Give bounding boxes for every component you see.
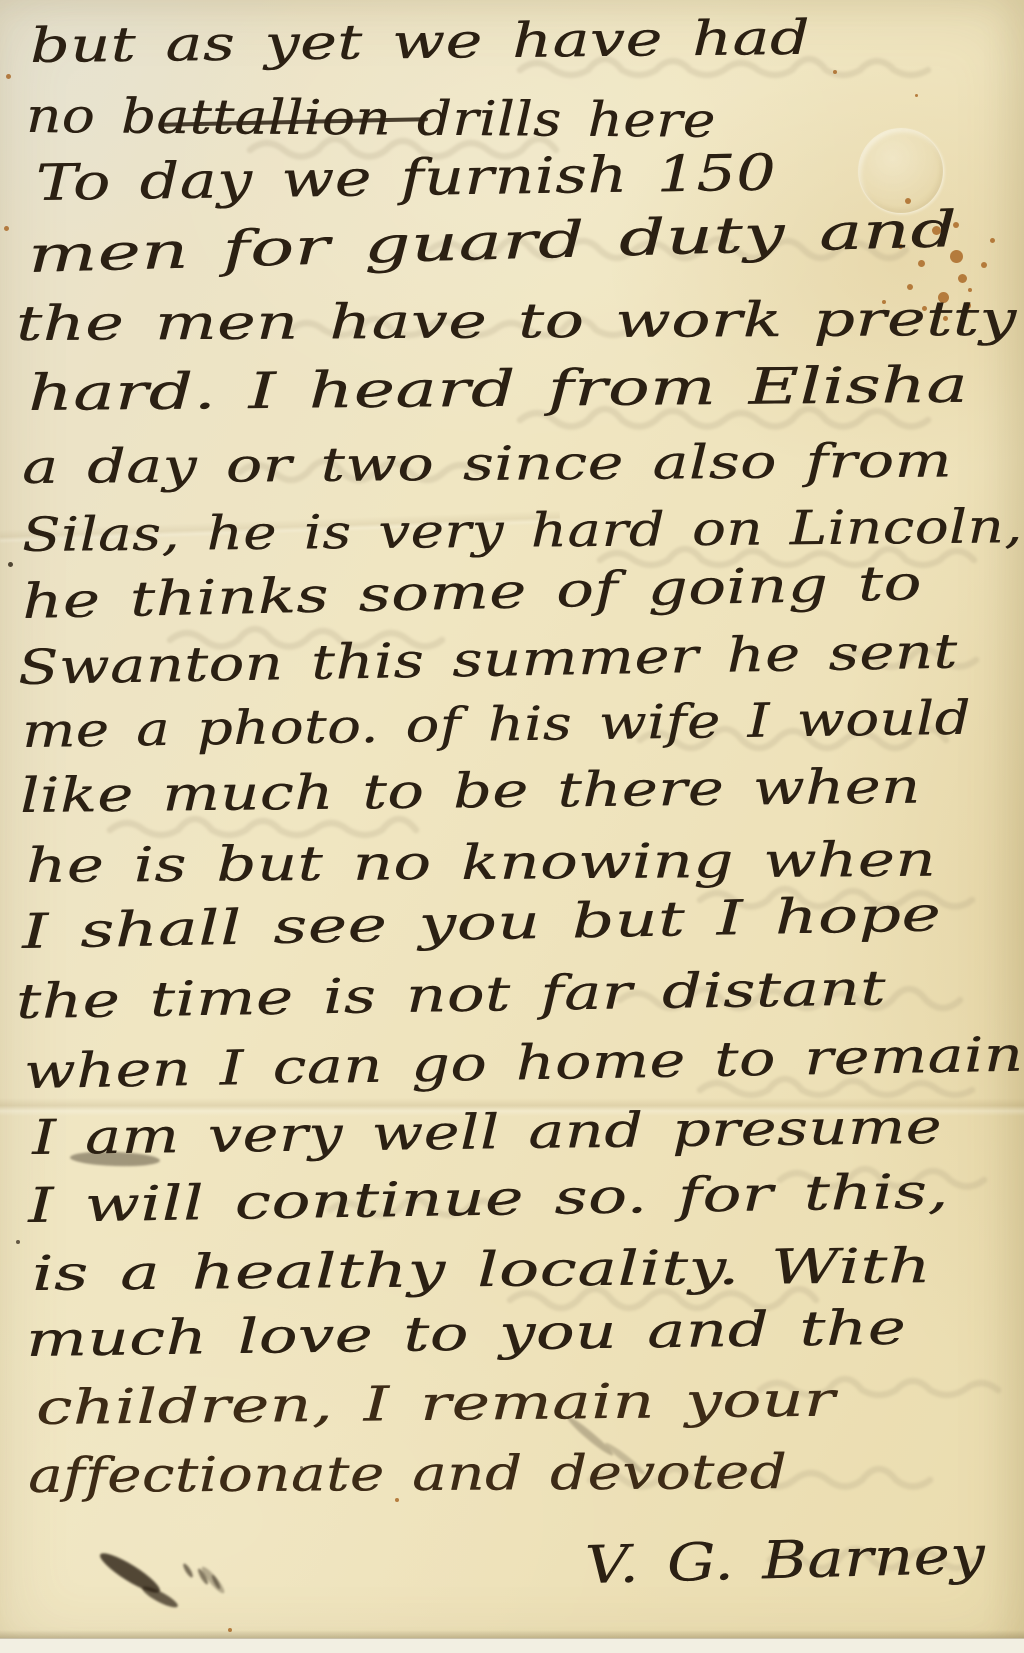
letter-scan: but as yet we have had no battallion dri… [0, 0, 1024, 1653]
fox-stain [990, 238, 995, 243]
fox-stain [833, 70, 837, 74]
fox-stain [16, 1240, 20, 1244]
fox-stain [4, 226, 9, 231]
scan-edge [0, 1638, 1024, 1653]
fox-stain [907, 284, 913, 290]
letter-line: he is but no knowing when [26, 836, 936, 890]
letter-line: like much to be there when [20, 763, 921, 820]
fox-stain [981, 262, 987, 268]
letter-line: I am very well and presume [32, 1103, 942, 1162]
letter-line: much love to you and the [26, 1304, 907, 1364]
fox-stain [915, 94, 918, 97]
letter-line: hard. I heard from Elisha [28, 360, 969, 418]
letter-line: children, I remain your [36, 1376, 836, 1432]
letter-line: To day we furnish 150 [36, 148, 777, 208]
fox-stain [6, 74, 11, 79]
letter-line: I will continue so. for this, [28, 1168, 949, 1230]
letter-line: a day or two since also from [22, 438, 952, 491]
signature: V. G. Barney [584, 1530, 985, 1592]
letter-line: the time is not far distant [16, 964, 887, 1026]
scan-edge-shadow [0, 1630, 1024, 1638]
letter-line: is a healthy locality. With [32, 1242, 931, 1298]
letter-line: but as yet we have had [30, 14, 811, 70]
fox-stain [918, 260, 925, 267]
fox-stain [8, 562, 13, 567]
letter-line: me a photo. of his wife I would [22, 695, 972, 755]
letter-line: the men have to work pretty [16, 295, 1017, 348]
fox-stain [958, 274, 967, 283]
letter-line: Silas, he is very hard on Lincoln, [22, 503, 1023, 559]
letter-line: affectionate and devoted [28, 1448, 787, 1500]
